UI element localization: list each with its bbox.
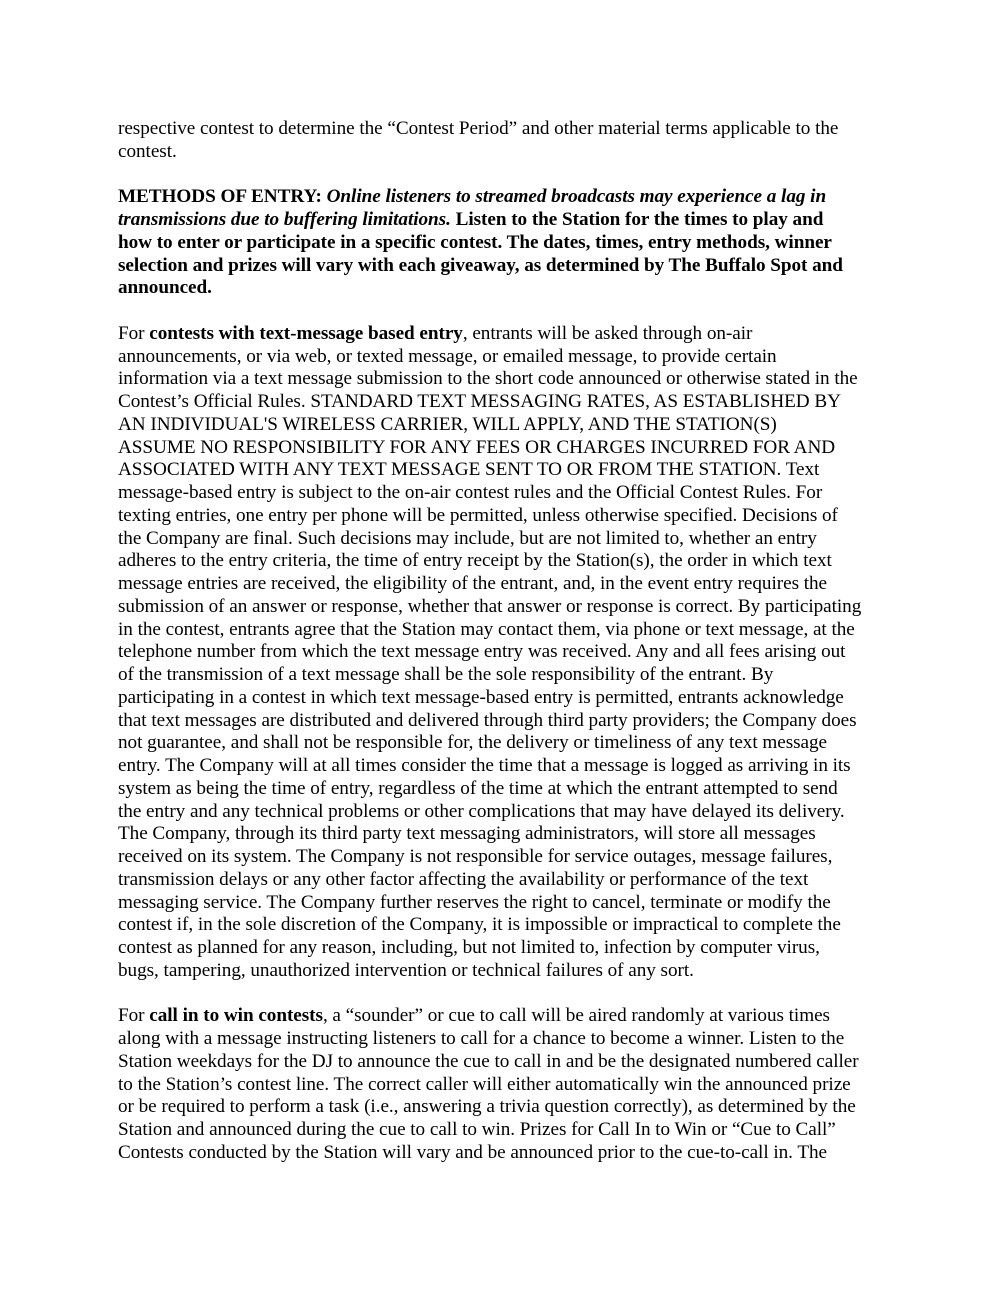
text-line: the entry and any technical problems or … <box>118 801 908 824</box>
text-line: contest as planned for any reason, inclu… <box>118 937 908 960</box>
text-line: received on its system. The Company is n… <box>118 846 908 869</box>
text-run: message-based entry is subject to the on… <box>118 482 822 503</box>
bold-text-run: METHODS OF ENTRY: <box>118 186 327 207</box>
text-run: Contests conducted by the Station will v… <box>118 1142 827 1163</box>
paragraph-contest-period-tail: respective contest to determine the “Con… <box>118 118 908 164</box>
text-line: Station weekdays for the DJ to announce … <box>118 1051 908 1074</box>
text-line: contest if, in the sole discretion of th… <box>118 914 908 937</box>
text-run: to the Station’s contest line. The corre… <box>118 1074 851 1095</box>
bold-text-run: contests with text-message based entry <box>149 323 463 344</box>
text-line: telephone number from which the text mes… <box>118 641 908 664</box>
text-line: how to enter or participate in a specifi… <box>118 232 908 255</box>
bold-italic-text-run: Online listeners to streamed broadcasts … <box>327 186 826 207</box>
text-run: in the contest, entrants agree that the … <box>118 619 855 640</box>
text-line: selection and prizes will vary with each… <box>118 255 908 278</box>
paragraph-spacer <box>118 300 908 323</box>
text-run: respective contest to determine the “Con… <box>118 118 838 139</box>
text-run: Contest’s Official Rules. STANDARD TEXT … <box>118 391 841 412</box>
text-run: received on its system. The Company is n… <box>118 846 832 867</box>
paragraph-spacer <box>118 983 908 1006</box>
text-run: The Company, through its third party tex… <box>118 823 816 844</box>
text-run: , a “sounder” or cue to call will be air… <box>323 1005 830 1026</box>
text-run: texting entries, one entry per phone wil… <box>118 505 838 526</box>
bold-italic-text-run: transmissions due to buffering limitatio… <box>118 209 451 230</box>
text-run: contest. <box>118 141 177 162</box>
bold-text-run: how to enter or participate in a specifi… <box>118 232 832 253</box>
text-line: not guarantee, and shall not be responsi… <box>118 732 908 755</box>
text-run: contest if, in the sole discretion of th… <box>118 914 841 935</box>
text-run: bugs, tampering, unauthorized interventi… <box>118 960 694 981</box>
text-line: announced. <box>118 277 908 300</box>
text-run: adheres to the entry criteria, the time … <box>118 550 832 571</box>
paragraph-methods-of-entry: METHODS OF ENTRY: Online listeners to st… <box>118 186 908 300</box>
text-run: Station and announced during the cue to … <box>118 1119 836 1140</box>
text-line: entry. The Company will at all times con… <box>118 755 908 778</box>
text-run: contest as planned for any reason, inclu… <box>118 937 820 958</box>
text-line: message entries are received, the eligib… <box>118 573 908 596</box>
text-run: message entries are received, the eligib… <box>118 573 827 594</box>
text-line: Station and announced during the cue to … <box>118 1119 908 1142</box>
text-line: METHODS OF ENTRY: Online listeners to st… <box>118 186 908 209</box>
text-run: announcements, or via web, or texted mes… <box>118 346 777 367</box>
text-line: information via a text message submissio… <box>118 368 908 391</box>
text-run: the entry and any technical problems or … <box>118 801 845 822</box>
text-line: For contests with text-message based ent… <box>118 323 908 346</box>
text-line: AN INDIVIDUAL'S WIRELESS CARRIER, WILL A… <box>118 414 908 437</box>
text-run: For <box>118 1005 149 1026</box>
bold-text-run: Listen to the Station for the times to p… <box>451 209 823 230</box>
text-line: in the contest, entrants agree that the … <box>118 619 908 642</box>
text-run: Station weekdays for the DJ to announce … <box>118 1051 859 1072</box>
text-run: or be required to perform a task (i.e., … <box>118 1096 856 1117</box>
text-line: respective contest to determine the “Con… <box>118 118 908 141</box>
text-run: , entrants will be asked through on-air <box>463 323 753 344</box>
bold-text-run: call in to win contests <box>149 1005 323 1026</box>
text-line: announcements, or via web, or texted mes… <box>118 346 908 369</box>
text-run: AN INDIVIDUAL'S WIRELESS CARRIER, WILL A… <box>118 414 777 435</box>
text-run: system as being the time of entry, regar… <box>118 778 838 799</box>
text-line: or be required to perform a task (i.e., … <box>118 1096 908 1119</box>
paragraph-spacer <box>118 164 908 187</box>
paragraph-text-message-entry: For contests with text-message based ent… <box>118 323 908 983</box>
text-run: For <box>118 323 149 344</box>
text-run: along with a message instructing listene… <box>118 1028 844 1049</box>
text-line: submission of an answer or response, whe… <box>118 596 908 619</box>
text-run: that text messages are distributed and d… <box>118 710 857 731</box>
text-line: bugs, tampering, unauthorized interventi… <box>118 960 908 983</box>
text-line: Contest’s Official Rules. STANDARD TEXT … <box>118 391 908 414</box>
text-line: message-based entry is subject to the on… <box>118 482 908 505</box>
text-run: submission of an answer or response, whe… <box>118 596 861 617</box>
text-run: the Company are final. Such decisions ma… <box>118 528 817 549</box>
text-run: ASSOCIATED WITH ANY TEXT MESSAGE SENT TO… <box>118 459 819 480</box>
bold-text-run: selection and prizes will vary with each… <box>118 255 843 276</box>
text-run: information via a text message submissio… <box>118 368 858 389</box>
text-run: telephone number from which the text mes… <box>118 641 845 662</box>
text-line: For call in to win contests, a “sounder”… <box>118 1005 908 1028</box>
text-line: transmission delays or any other factor … <box>118 869 908 892</box>
text-line: that text messages are distributed and d… <box>118 710 908 733</box>
text-line: the Company are final. Such decisions ma… <box>118 528 908 551</box>
text-line: transmissions due to buffering limitatio… <box>118 209 908 232</box>
text-line: system as being the time of entry, regar… <box>118 778 908 801</box>
text-line: along with a message instructing listene… <box>118 1028 908 1051</box>
text-line: contest. <box>118 141 908 164</box>
text-run: participating in a contest in which text… <box>118 687 844 708</box>
text-line: ASSOCIATED WITH ANY TEXT MESSAGE SENT TO… <box>118 459 908 482</box>
text-line: ASSUME NO RESPONSIBILITY FOR ANY FEES OR… <box>118 437 908 460</box>
text-run: transmission delays or any other factor … <box>118 869 808 890</box>
text-line: of the transmission of a text message sh… <box>118 664 908 687</box>
text-run: messaging service. The Company further r… <box>118 892 831 913</box>
text-line: adheres to the entry criteria, the time … <box>118 550 908 573</box>
bold-text-run: announced. <box>118 277 212 298</box>
text-run: entry. The Company will at all times con… <box>118 755 851 776</box>
text-line: Contests conducted by the Station will v… <box>118 1142 908 1165</box>
text-run: ASSUME NO RESPONSIBILITY FOR ANY FEES OR… <box>118 437 835 458</box>
text-run: not guarantee, and shall not be responsi… <box>118 732 827 753</box>
text-run: of the transmission of a text message sh… <box>118 664 773 685</box>
text-line: texting entries, one entry per phone wil… <box>118 505 908 528</box>
paragraph-call-in-to-win: For call in to win contests, a “sounder”… <box>118 1005 908 1164</box>
text-line: to the Station’s contest line. The corre… <box>118 1074 908 1097</box>
text-line: participating in a contest in which text… <box>118 687 908 710</box>
document-page: respective contest to determine the “Con… <box>118 118 908 1165</box>
text-line: messaging service. The Company further r… <box>118 892 908 915</box>
text-line: The Company, through its third party tex… <box>118 823 908 846</box>
